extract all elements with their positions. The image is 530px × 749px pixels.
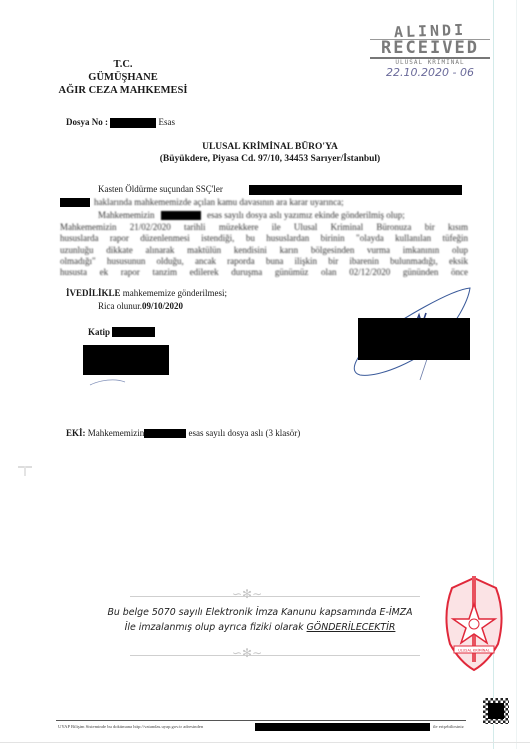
intro-text: Kasten Öldürme suçundan SSÇ'ler [98, 184, 223, 194]
clerk-label: Katip [88, 327, 110, 338]
file-number-suffix: Esas [159, 117, 176, 127]
recipient-block: ULUSAL KRİMİNAL BÜRO'YA (Büyükdere, Piya… [60, 141, 480, 165]
redaction-box [358, 318, 470, 360]
paragraph-1-first: Mahkememizin esas sayılı dosya aslı yazı… [98, 210, 468, 221]
paragraph-1: Mahkememizin 21/02/2020 tarihli müzekker… [60, 222, 468, 278]
intro-continued: haklarında mahkememizde açılan kamu dava… [94, 197, 344, 208]
ornament-line-top [130, 596, 420, 597]
esign-note-line2: İle imzalanmış olup ayrıca fiziki olarak… [80, 620, 440, 635]
file-number-label: Dosya No : [66, 117, 108, 127]
stamp-date: 22.10.2020 - 06 [370, 67, 490, 78]
recipient-name: ULUSAL KRİMİNAL BÜRO'YA [60, 141, 480, 153]
esign-note-underlined: GÖNDERİLECEKTİR [307, 622, 396, 633]
footer-rule [56, 720, 466, 721]
uyap-footer-end-text: ile erişebilirsiniz [433, 724, 464, 729]
court-header: T.C. GÜMÜŞHANE AĞIR CEZA MAHKEMESİ [38, 58, 208, 97]
attachment-text-rest: esas sayılı dosya aslı (3 klasör) [189, 428, 301, 438]
clerk-label-text: Katip [88, 327, 110, 337]
urgent-line: İVEDİLİKLE mahkememize gönderilmesi; [66, 288, 227, 299]
attachment-text-start: Mahkememizin [88, 428, 144, 438]
esign-note-line1: Bu belge 5070 sayılı Elektronik İmza Kan… [80, 605, 440, 620]
scan-edge-line [516, 0, 517, 749]
uyap-footer-text: UYAP Bilişim Sisteminde bu dokümana http… [58, 724, 203, 729]
p1-start: Mahkememizin [98, 210, 154, 220]
redaction-box [144, 429, 186, 438]
qr-code [483, 698, 509, 724]
uyap-footer-end: ile erişebilirsiniz [433, 724, 464, 729]
urgent-bold: İVEDİLİKLE [66, 288, 121, 298]
intro-continued-text: haklarında mahkememizde açılan kamu dava… [94, 197, 344, 207]
esign-note-line2-start: İle imzalanmış olup ayrıca fiziki olarak [125, 622, 307, 633]
scan-artifact [24, 466, 26, 476]
attachment-label: EKİ: [66, 428, 86, 438]
redaction-box [161, 211, 201, 220]
request-text: Rica olunur. [98, 301, 142, 311]
redaction-box [110, 118, 156, 128]
redaction-box [255, 723, 430, 731]
p1-line: Mahkememizin 21/02/2020 tarihli müzekker… [60, 222, 468, 233]
ornament-flourish-bottom: ∽✻∼ [232, 646, 262, 660]
request-date: 09/10/2020 [142, 301, 183, 311]
header-court: AĞIR CEZA MAHKEMESİ [38, 84, 208, 97]
redaction-box [60, 198, 90, 207]
recipient-address: (Büyükdere, Piyasa Cd. 97/10, 34453 Sarı… [60, 153, 480, 165]
redaction-box [249, 185, 462, 195]
p1-rest: esas sayılı dosya aslı yazımız ekinde gö… [207, 210, 405, 220]
p1-line: uzunluğu dikkate alınarak maktülün kendi… [60, 245, 468, 256]
request-line: Rica olunur.09/10/2020 [98, 301, 183, 312]
file-number: Dosya No : Esas [66, 117, 175, 128]
urgent-rest: mahkememize gönderilmesi; [123, 288, 227, 298]
received-stamp: ALINDI RECEIVED ULUSAL KRİMİNAL 22.10.20… [370, 24, 490, 78]
attachment-line: EKİ: Mahkememizin esas sayılı dosya aslı… [66, 428, 300, 438]
body-intro: Kasten Öldürme suçundan SSÇ'ler [98, 184, 223, 195]
scan-bottom-line [0, 742, 530, 743]
p1-line: hususta ek rapor tanzim edilerek duruşma… [60, 267, 468, 278]
esign-note: Bu belge 5070 sayılı Elektronik İmza Kan… [80, 605, 440, 635]
ornament-flourish-top: ∽✻∼ [232, 587, 262, 601]
stamp-received: RECEIVED [370, 39, 490, 59]
clerk-signature-scribble [85, 360, 145, 390]
uyap-footer: UYAP Bilişim Sisteminde bu dokümana http… [58, 724, 203, 729]
ornament-line-bottom [130, 655, 420, 656]
header-tc: T.C. [38, 58, 208, 71]
redaction-box [112, 327, 155, 337]
p1-line: hususlarda rapor düzenlenmesi istendiği,… [60, 233, 468, 244]
header-city: GÜMÜŞHANE [38, 71, 208, 84]
institution-seal-icon: ULUSAL KRİMİNAL [440, 574, 508, 674]
p1-line: olmadığı" hususunun olduğu, ancak rapord… [60, 256, 468, 267]
seal-text: ULUSAL KRİMİNAL [458, 648, 489, 653]
